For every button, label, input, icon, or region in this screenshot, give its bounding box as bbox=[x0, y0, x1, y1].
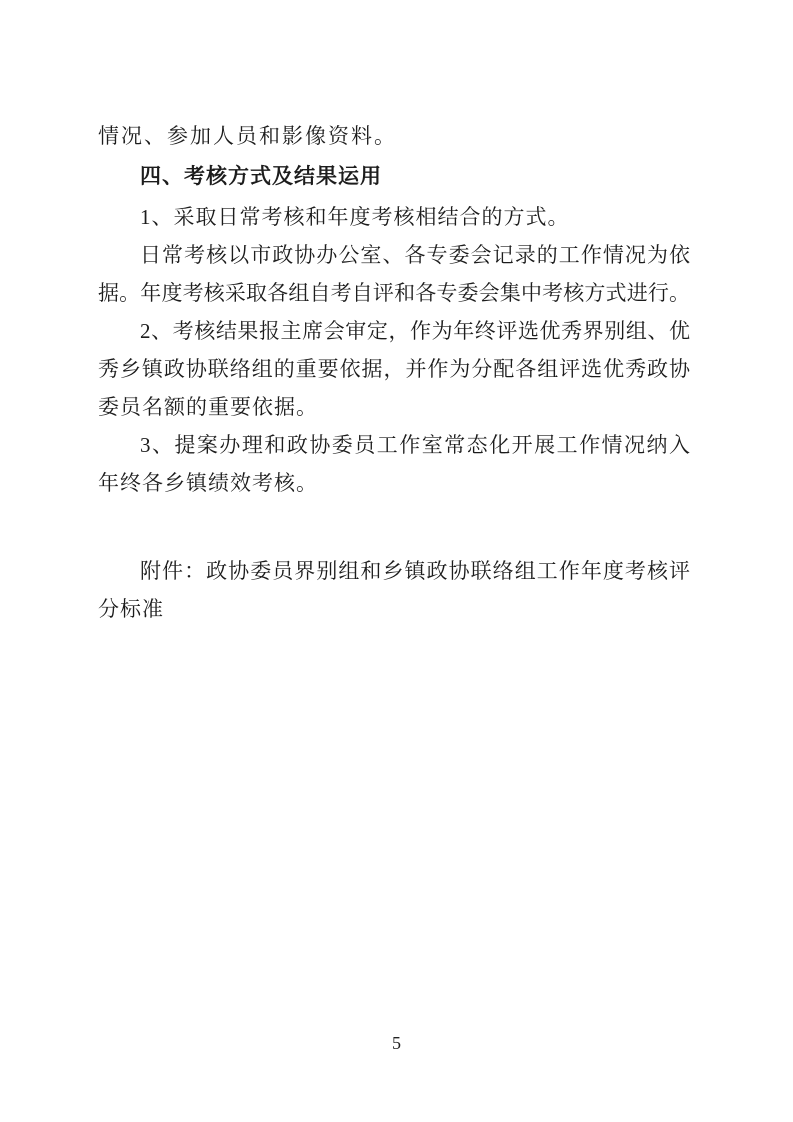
blank-gap bbox=[98, 502, 690, 552]
attachment-note-line: 附件：政协委员界别组和乡镇政协联络组工作年度考核评 bbox=[98, 552, 690, 590]
page-number: 5 bbox=[392, 1033, 401, 1053]
document-page: 情况、参加人员和影像资料。 四、考核方式及结果运用 1、采取日常考核和年度考核相… bbox=[0, 0, 793, 1122]
paragraph-line: 据。年度考核采取各组自考自评和各专委会集中考核方式进行。 bbox=[98, 274, 690, 312]
paragraph-continuation-line: 情况、参加人员和影像资料。 bbox=[98, 117, 690, 155]
page-footer: 5 bbox=[0, 1032, 793, 1054]
list-item-2-line: 2、考核结果报主席会审定，作为年终评选优秀界别组、优 bbox=[98, 312, 690, 350]
document-body: 情况、参加人员和影像资料。 四、考核方式及结果运用 1、采取日常考核和年度考核相… bbox=[98, 117, 690, 628]
attachment-note-line: 分标准 bbox=[98, 590, 690, 628]
section-heading: 四、考核方式及结果运用 bbox=[98, 155, 690, 198]
list-item-3-line: 年终各乡镇绩效考核。 bbox=[98, 464, 690, 502]
list-item-1: 1、采取日常考核和年度考核相结合的方式。 bbox=[98, 198, 690, 236]
list-item-3-line: 3、提案办理和政协委员工作室常态化开展工作情况纳入 bbox=[98, 426, 690, 464]
list-item-2-line: 秀乡镇政协联络组的重要依据，并作为分配各组评选优秀政协 bbox=[98, 350, 690, 388]
paragraph-line: 日常考核以市政协办公室、各专委会记录的工作情况为依 bbox=[98, 236, 690, 274]
list-item-2-line: 委员名额的重要依据。 bbox=[98, 388, 690, 426]
